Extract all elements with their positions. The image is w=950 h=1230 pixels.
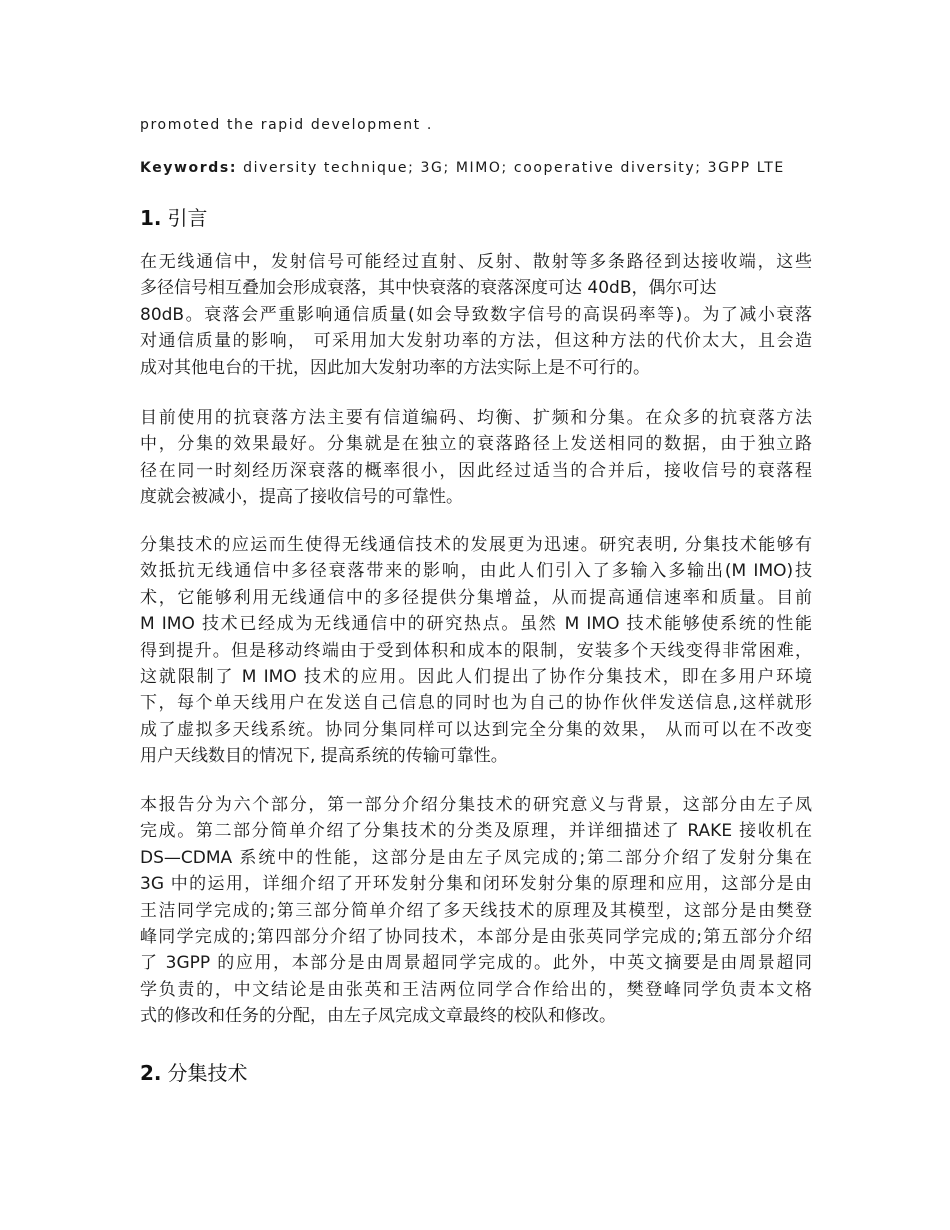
paragraph-line: 效抵抗无线通信中多径衰落带来的影响，由此人们引入了多输入多输出(M IMO)技	[140, 558, 812, 584]
paragraph-line: 了 3GPP 的应用，本部分是由周景超同学完成的。此外，中英文摘要是由周景超同	[140, 950, 812, 976]
paragraph-line: 用户天线数目的情况下, 提高系统的传输可靠性。	[140, 743, 812, 769]
paragraph-2: 目前使用的抗衰落方法主要有信道编码、均衡、扩频和分集。在众多的抗衰落方法 中，分…	[140, 405, 812, 511]
paragraph-line: 径在同一时刻经历深衰落的概率很小，因此经过适当的合并后，接收信号的衰落程	[140, 458, 812, 484]
paragraph-line: 得到提升。但是移动终端由于受到体积和成本的限制，安装多个天线变得非常困难，	[140, 638, 812, 664]
keywords-label: Keywords:	[140, 160, 237, 176]
paragraph-line: 下，每个单天线用户在发送自己信息的同时也为自己的协作伙伴发送信息,这样就形	[140, 690, 812, 716]
section-heading-1: 1.引言	[140, 202, 208, 231]
paragraph-line: 成对其他电台的干扰，因此加大发射功率的方法实际上是不可行的。	[140, 355, 812, 381]
paragraph-4: 本报告分为六个部分，第一部分介绍分集技术的研究意义与背景，这部分由左子凤 完成。…	[140, 792, 812, 1030]
section-number: 1.	[140, 206, 162, 230]
paragraph-line: 分集技术的应运而生使得无线通信技术的发展更为迅速。研究表明, 分集技术能够有	[140, 532, 812, 558]
paragraph-line: 对通信质量的影响， 可采用加大发射功率的方法，但这种方法的代价太大，且会造	[140, 328, 812, 354]
section-title: 分集技术	[168, 1061, 248, 1085]
document-page: promoted the rapid development . Keyword…	[0, 0, 950, 1230]
paragraph-line: DS—CDMA 系统中的性能，这部分是由左子凤完成的;第二部分介绍了发射分集在	[140, 845, 812, 871]
paragraph-line: M IMO 技术已经成为无线通信中的研究热点。虽然 M IMO 技术能够使系统的…	[140, 611, 812, 637]
paragraph-line: 本报告分为六个部分，第一部分介绍分集技术的研究意义与背景，这部分由左子凤	[140, 792, 812, 818]
paragraph-line: 峰同学完成的;第四部分介绍了协同技术，本部分是由张英同学完成的;第五部分介绍	[140, 924, 812, 950]
paragraph-line: 多径信号相互叠加会形成衰落，其中快衰落的衰落深度可达 40dB，偶尔可达	[140, 275, 812, 301]
paragraph-line: 中，分集的效果最好。分集就是在独立的衰落路径上发送相同的数据，由于独立路	[140, 431, 812, 457]
paragraph-line: 学负责的，中文结论是由张英和王洁两位同学合作给出的，樊登峰同学负责本文格	[140, 977, 812, 1003]
paragraph-line: 在无线通信中，发射信号可能经过直射、反射、散射等多条路径到达接收端，这些	[140, 249, 812, 275]
paragraph-1: 在无线通信中，发射信号可能经过直射、反射、散射等多条路径到达接收端，这些 多径信…	[140, 249, 812, 381]
section-heading-2: 2.分集技术	[140, 1057, 248, 1086]
paragraph-line: 80dB。衰落会严重影响通信质量(如会导致数字信号的高误码率等)。为了减小衰落	[140, 302, 812, 328]
keywords-value: diversity technique; 3G; MIMO; cooperati…	[237, 160, 785, 176]
paragraph-line: 这就限制了 M IMO 技术的应用。因此人们提出了协作分集技术，即在多用户环境	[140, 664, 812, 690]
section-title: 引言	[168, 206, 208, 230]
paragraph-line: 度就会被减小，提高了接收信号的可靠性。	[140, 484, 812, 510]
paragraph-3: 分集技术的应运而生使得无线通信技术的发展更为迅速。研究表明, 分集技术能够有 效…	[140, 532, 812, 770]
paragraph-line: 王洁同学完成的;第三部分简单介绍了多天线技术的原理及其模型，这部分是由樊登	[140, 898, 812, 924]
paragraph-line: 式的修改和任务的分配，由左子凤完成文章最终的校队和修改。	[140, 1003, 812, 1029]
paragraph-line: 术，它能够利用无线通信中的多径提供分集增益，从而提高通信速率和质量。目前	[140, 585, 812, 611]
keywords-line: Keywords: diversity technique; 3G; MIMO;…	[140, 160, 785, 176]
section-number: 2.	[140, 1061, 162, 1085]
paragraph-line: 成了虚拟多天线系统。协同分集同样可以达到完全分集的效果， 从而可以在不改变	[140, 717, 812, 743]
paragraph-line: 3G 中的运用，详细介绍了开环发射分集和闭环发射分集的原理和应用，这部分是由	[140, 871, 812, 897]
paragraph-line: 目前使用的抗衰落方法主要有信道编码、均衡、扩频和分集。在众多的抗衰落方法	[140, 405, 812, 431]
paragraph-line: 完成。第二部分简单介绍了分集技术的分类及原理，并详细描述了 RAKE 接收机在	[140, 818, 812, 844]
abstract-tail: promoted the rapid development .	[140, 117, 433, 133]
